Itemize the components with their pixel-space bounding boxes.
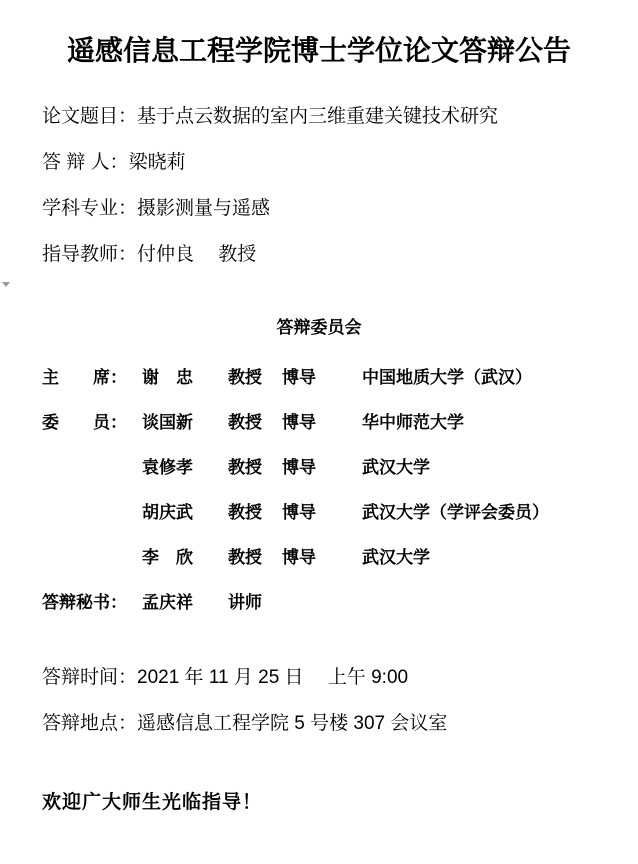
member-affiliation: 武汉大学 <box>362 456 622 480</box>
member-title: 教授 <box>228 456 282 480</box>
member-name: 胡庆武 <box>142 501 228 525</box>
thesis-info-section: 论文题目： 基于点云数据的室内三维重建关键技术研究 答 辩 人： 梁晓莉 学科专… <box>42 104 614 288</box>
defense-time-value: 2021 年 11 月 25 日 上午 9:00 <box>137 666 408 690</box>
member-name: 谢 忠 <box>142 366 228 390</box>
member-title: 教授 <box>228 411 282 435</box>
member-role <box>42 501 142 525</box>
member-name: 袁修孝 <box>142 456 228 480</box>
committee-heading: 答辩委员会 <box>0 316 638 340</box>
committee-member-row: 李 欣 教授 博导 武汉大学 <box>42 546 622 570</box>
member-advisor: 博导 <box>282 546 362 570</box>
defense-time-label: 答辩时间： <box>42 666 137 690</box>
committee-member-row: 袁修孝 教授 博导 武汉大学 <box>42 456 622 480</box>
member-role: 委 员： <box>42 411 142 435</box>
member-advisor: 博导 <box>282 366 362 390</box>
member-role <box>42 546 142 570</box>
member-name: 谈国新 <box>142 411 228 435</box>
committee-member-row: 委 员： 谈国新 教授 博导 华中师范大学 <box>42 411 622 435</box>
secretary-title: 讲师 <box>228 591 282 615</box>
document-page: 遥感信息工程学院博士学位论文答辩公告 论文题目： 基于点云数据的室内三维重建关键… <box>0 0 638 864</box>
supervisor-row: 指导教师： 付仲良 教授 <box>42 242 614 267</box>
supervisor-value: 付仲良 教授 <box>137 242 256 267</box>
candidate-label: 答 辩 人： <box>42 150 129 175</box>
member-affiliation: 华中师范大学 <box>362 411 622 435</box>
supervisor-label: 指导教师： <box>42 242 137 267</box>
discipline-value: 摄影测量与遥感 <box>137 196 270 221</box>
welcome-message: 欢迎广大师生光临指导！ <box>42 791 262 815</box>
member-title: 教授 <box>228 366 282 390</box>
thesis-title-label: 论文题目： <box>42 104 137 129</box>
member-advisor: 博导 <box>282 456 362 480</box>
defense-venue-row: 答辩地点： 遥感信息工程学院 5 号楼 307 会议室 <box>42 712 614 736</box>
secretary-role: 答辩秘书： <box>42 591 142 615</box>
member-affiliation: 中国地质大学（武汉） <box>362 366 622 390</box>
member-name: 李 欣 <box>142 546 228 570</box>
member-role: 主 席： <box>42 366 142 390</box>
member-affiliation: 武汉大学 <box>362 546 622 570</box>
schedule-section: 答辩时间： 2021 年 11 月 25 日 上午 9:00 答辩地点： 遥感信… <box>42 666 614 758</box>
defense-venue-value: 遥感信息工程学院 5 号楼 307 会议室 <box>137 712 447 736</box>
member-affiliation: 武汉大学（学评会委员） <box>362 501 622 525</box>
thesis-title-row: 论文题目： 基于点云数据的室内三维重建关键技术研究 <box>42 104 614 129</box>
defense-venue-label: 答辩地点： <box>42 712 137 736</box>
candidate-row: 答 辩 人： 梁晓莉 <box>42 150 614 175</box>
defense-time-row: 答辩时间： 2021 年 11 月 25 日 上午 9:00 <box>42 666 614 690</box>
member-advisor: 博导 <box>282 411 362 435</box>
member-title: 教授 <box>228 501 282 525</box>
discipline-label: 学科专业： <box>42 196 137 221</box>
committee-member-row: 胡庆武 教授 博导 武汉大学（学评会委员） <box>42 501 622 525</box>
member-advisor: 博导 <box>282 501 362 525</box>
discipline-row: 学科专业： 摄影测量与遥感 <box>42 196 614 221</box>
member-title: 教授 <box>228 546 282 570</box>
committee-section: 主 席： 谢 忠 教授 博导 中国地质大学（武汉） 委 员： 谈国新 教授 博导… <box>42 366 622 636</box>
secretary-name: 孟庆祥 <box>142 591 228 615</box>
outline-collapse-icon[interactable] <box>2 282 10 287</box>
document-title: 遥感信息工程学院博士学位论文答辩公告 <box>0 32 638 72</box>
secretary-row: 答辩秘书： 孟庆祥 讲师 <box>42 591 622 615</box>
member-role <box>42 456 142 480</box>
thesis-title-value: 基于点云数据的室内三维重建关键技术研究 <box>137 104 498 129</box>
candidate-value: 梁晓莉 <box>129 150 186 175</box>
committee-chair-row: 主 席： 谢 忠 教授 博导 中国地质大学（武汉） <box>42 366 622 390</box>
